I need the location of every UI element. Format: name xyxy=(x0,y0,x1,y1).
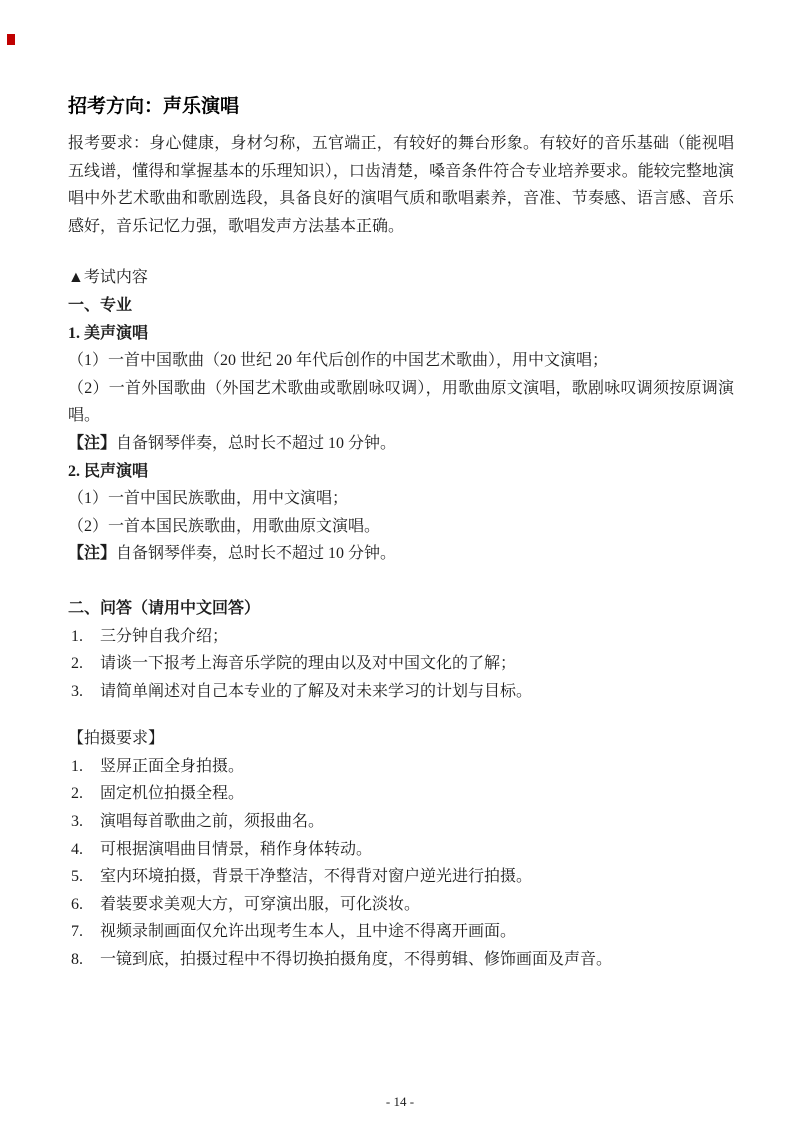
section2-heading: 二、问答（请用中文回答） xyxy=(68,595,734,623)
item-number: 4. xyxy=(68,836,100,864)
exam-content-heading: ▲考试内容 xyxy=(68,264,734,292)
item-number: 2. xyxy=(68,780,100,808)
item-text: 请谈一下报考上海音乐学院的理由以及对中国文化的了解； xyxy=(100,650,734,678)
note-line: 【注】自备钢琴伴奏，总时长不超过 10 分钟。 xyxy=(68,430,734,458)
item-number: 1. xyxy=(68,753,100,781)
list-item: 4. 可根据演唱曲目情景，稍作身体转动。 xyxy=(68,836,734,864)
item-text: 一镜到底，拍摄过程中不得切换拍摄角度，不得剪辑、修饰画面及声音。 xyxy=(100,946,734,974)
list-item: （2）一首外国歌曲（外国艺术歌曲或歌剧咏叹调），用歌曲原文演唱，歌剧咏叹调须按原… xyxy=(68,375,734,430)
item-text: 固定机位拍摄全程。 xyxy=(100,780,734,808)
note-label: 【注】 xyxy=(68,545,116,562)
item-number: 2. xyxy=(68,650,100,678)
shooting-requirements-heading: 【拍摄要求】 xyxy=(68,725,734,753)
list-item: （2）一首本国民族歌曲，用歌曲原文演唱。 xyxy=(68,513,734,541)
section1-heading: 一、专业 xyxy=(68,292,734,320)
item-text: 请简单阐述对自己本专业的了解及对未来学习的计划与目标。 xyxy=(100,678,734,706)
list-item: 8. 一镜到底，拍摄过程中不得切换拍摄角度，不得剪辑、修饰画面及声音。 xyxy=(68,946,734,974)
item-number: 6. xyxy=(68,891,100,919)
list-item: 2. 请谈一下报考上海音乐学院的理由以及对中国文化的了解； xyxy=(68,650,734,678)
document-content: 招考方向：声乐演唱 报考要求：身心健康，身材匀称，五官端正，有较好的舞台形象。有… xyxy=(68,94,734,974)
subsection-belcanto-heading: 1. 美声演唱 xyxy=(68,320,734,348)
list-item: 1. 竖屏正面全身拍摄。 xyxy=(68,753,734,781)
item-text: 三分钟自我介绍； xyxy=(100,623,734,651)
page-number: - 14 - xyxy=(386,1094,414,1109)
list-item: 5. 室内环境拍摄，背景干净整洁，不得背对窗户逆光进行拍摄。 xyxy=(68,863,734,891)
list-item: 6. 着装要求美观大方，可穿演出服，可化淡妆。 xyxy=(68,891,734,919)
subsection-folk-heading: 2. 民声演唱 xyxy=(68,458,734,486)
page-footer: - 14 - xyxy=(0,1094,800,1110)
note-text: 自备钢琴伴奏，总时长不超过 10 分钟。 xyxy=(116,435,396,452)
item-number: 5. xyxy=(68,863,100,891)
red-corner-marker xyxy=(7,34,15,45)
item-text: 竖屏正面全身拍摄。 xyxy=(100,753,734,781)
document-page: 招考方向：声乐演唱 报考要求：身心健康，身材匀称，五官端正，有较好的舞台形象。有… xyxy=(0,0,800,1133)
list-item: 3. 演唱每首歌曲之前，须报曲名。 xyxy=(68,808,734,836)
list-item: （1）一首中国民族歌曲，用中文演唱； xyxy=(68,485,734,513)
note-line: 【注】自备钢琴伴奏，总时长不超过 10 分钟。 xyxy=(68,540,734,568)
item-number: 8. xyxy=(68,946,100,974)
item-text: 可根据演唱曲目情景，稍作身体转动。 xyxy=(100,836,734,864)
item-number: 3. xyxy=(68,808,100,836)
item-number: 7. xyxy=(68,918,100,946)
list-item: 7. 视频录制画面仅允许出现考生本人，且中途不得离开画面。 xyxy=(68,918,734,946)
item-text: 演唱每首歌曲之前，须报曲名。 xyxy=(100,808,734,836)
intro-paragraph: 报考要求：身心健康，身材匀称，五官端正，有较好的舞台形象。有较好的音乐基础（能视… xyxy=(68,130,734,240)
item-text: 室内环境拍摄，背景干净整洁，不得背对窗户逆光进行拍摄。 xyxy=(100,863,734,891)
item-text: 视频录制画面仅允许出现考生本人，且中途不得离开画面。 xyxy=(100,918,734,946)
list-item: 1. 三分钟自我介绍； xyxy=(68,623,734,651)
note-label: 【注】 xyxy=(68,435,116,452)
item-number: 1. xyxy=(68,623,100,651)
list-item: （1）一首中国歌曲（20 世纪 20 年代后创作的中国艺术歌曲），用中文演唱； xyxy=(68,347,734,375)
page-title: 招考方向：声乐演唱 xyxy=(68,94,734,120)
list-item: 2. 固定机位拍摄全程。 xyxy=(68,780,734,808)
note-text: 自备钢琴伴奏，总时长不超过 10 分钟。 xyxy=(116,545,396,562)
list-item: 3. 请简单阐述对自己本专业的了解及对未来学习的计划与目标。 xyxy=(68,678,734,706)
item-number: 3. xyxy=(68,678,100,706)
item-text: 着装要求美观大方，可穿演出服，可化淡妆。 xyxy=(100,891,734,919)
